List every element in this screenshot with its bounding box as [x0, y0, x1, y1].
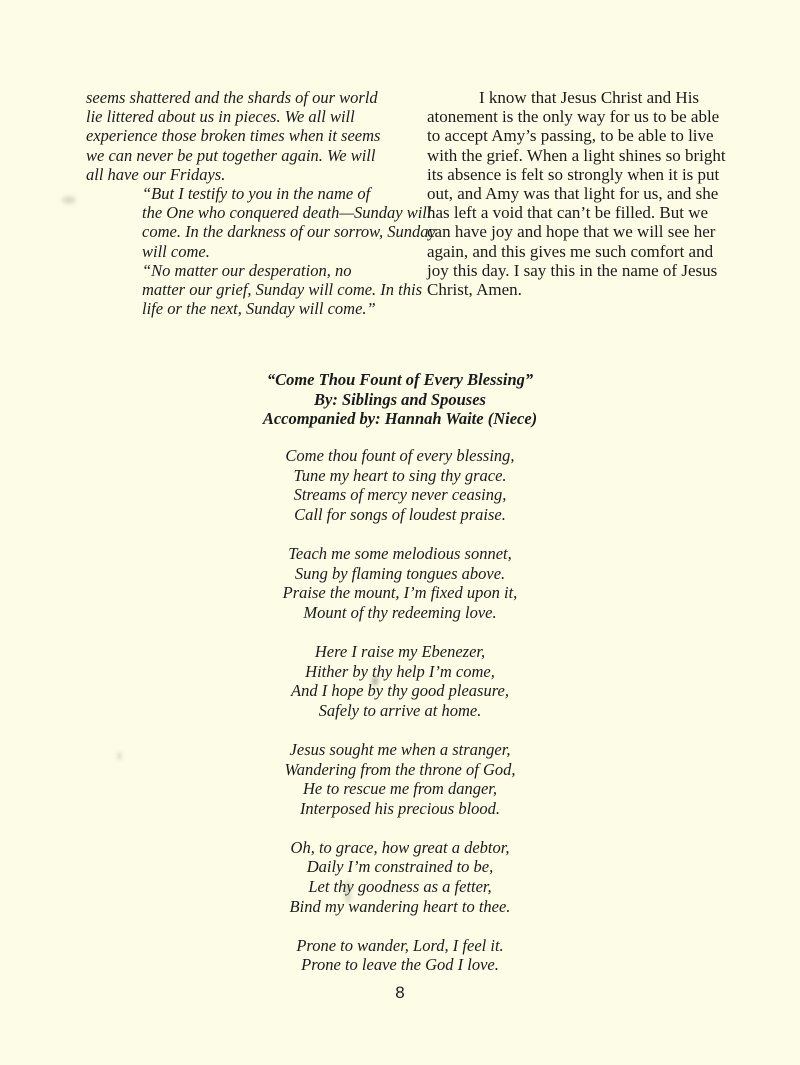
song-header: “Come Thou Fount of Every Blessing” By: … [0, 370, 800, 429]
lyric-line: Call for songs of loudest praise. [0, 505, 800, 525]
scan-smudge [372, 676, 378, 686]
lyric-line: Teach me some melodious sonnet, [0, 544, 800, 564]
text-line: the One who conquered death—Sunday will [86, 203, 416, 222]
text-line: will come. [86, 242, 416, 261]
text-line: “But I testify to you in the name of [86, 184, 416, 203]
left-column-text: seems shattered and the shards of our wo… [86, 88, 416, 318]
lyric-stanza: Prone to wander, Lord, I feel it.Prone t… [0, 936, 800, 975]
lyric-line: Come thou fount of every blessing, [0, 446, 800, 466]
lyric-line: Oh, to grace, how great a debtor, [0, 838, 800, 858]
lyric-line: Here I raise my Ebenezer, [0, 642, 800, 662]
lyric-line: Daily I’m constrained to be, [0, 857, 800, 877]
text-line: atonement is the only way for us to be a… [427, 107, 737, 126]
lyric-line: Safely to arrive at home. [0, 701, 800, 721]
text-line: come. In the darkness of our sorrow, Sun… [86, 222, 416, 241]
lyric-line: And I hope by thy good pleasure, [0, 681, 800, 701]
lyric-stanza: Here I raise my Ebenezer,Hither by thy h… [0, 642, 800, 720]
text-line: I know that Jesus Christ and His [427, 88, 737, 107]
lyric-line: Bind my wandering heart to thee. [0, 897, 800, 917]
document-page: seems shattered and the shards of our wo… [0, 0, 800, 1065]
song-performers: By: Siblings and Spouses [0, 390, 800, 410]
lyric-line: He to rescue me from danger, [0, 779, 800, 799]
lyric-line: Prone to wander, Lord, I feel it. [0, 936, 800, 956]
quote-paragraph: seems shattered and the shards of our wo… [86, 88, 416, 184]
text-line: to accept Amy’s passing, to be able to l… [427, 126, 737, 145]
right-column-text: I know that Jesus Christ and Hisatonemen… [427, 88, 737, 299]
text-line: “No matter our desperation, no [86, 261, 416, 280]
lyric-line: Mount of thy redeeming love. [0, 603, 800, 623]
page-number: 8 [0, 983, 800, 1003]
lyric-line: Tune my heart to sing thy grace. [0, 466, 800, 486]
text-line: out, and Amy was that light for us, and … [427, 184, 737, 203]
lyric-line: Sung by flaming tongues above. [0, 564, 800, 584]
lyric-line: Praise the mount, I’m fixed upon it, [0, 583, 800, 603]
lyric-stanza: Teach me some melodious sonnet,Sung by f… [0, 544, 800, 622]
text-line: with the grief. When a light shines so b… [427, 146, 737, 165]
quote-paragraph: “But I testify to you in the name ofthe … [86, 184, 416, 261]
song-lyrics: Come thou fount of every blessing,Tune m… [0, 446, 800, 995]
scan-smudge [62, 196, 76, 204]
song-title: “Come Thou Fount of Every Blessing” [0, 370, 800, 390]
lyric-stanza: Come thou fount of every blessing,Tune m… [0, 446, 800, 524]
text-line: Christ, Amen. [427, 280, 737, 299]
lyric-line: Interposed his precious blood. [0, 799, 800, 819]
lyric-line: Prone to leave the God I love. [0, 955, 800, 975]
text-line: seems shattered and the shards of our wo… [86, 88, 416, 107]
scan-smudge [345, 880, 351, 904]
text-line: joy this day. I say this in the name of … [427, 261, 737, 280]
text-line: can have joy and hope that we will see h… [427, 222, 737, 241]
text-line: life or the next, Sunday will come.” [86, 299, 416, 318]
text-line: matter our grief, Sunday will come. In t… [86, 280, 416, 299]
lyric-line: Wandering from the throne of God, [0, 760, 800, 780]
song-accompanist: Accompanied by: Hannah Waite (Niece) [0, 409, 800, 429]
lyric-line: Let thy goodness as a fetter, [0, 877, 800, 897]
text-line: its absence is felt so strongly when it … [427, 165, 737, 184]
lyric-line: Hither by thy help I’m come, [0, 662, 800, 682]
text-line: lie littered about us in pieces. We all … [86, 107, 416, 126]
text-line: we can never be put together again. We w… [86, 146, 416, 165]
text-line: again, and this gives me such comfort an… [427, 242, 737, 261]
lyric-line: Streams of mercy never ceasing, [0, 485, 800, 505]
scan-smudge [118, 752, 121, 760]
quote-paragraph: “No matter our desperation, nomatter our… [86, 261, 416, 319]
lyric-stanza: Oh, to grace, how great a debtor,Daily I… [0, 838, 800, 916]
testimony-paragraph: I know that Jesus Christ and Hisatonemen… [427, 88, 737, 299]
text-line: experience those broken times when it se… [86, 126, 416, 145]
text-line: has left a void that can’t be filled. Bu… [427, 203, 737, 222]
text-line: all have our Fridays. [86, 165, 416, 184]
